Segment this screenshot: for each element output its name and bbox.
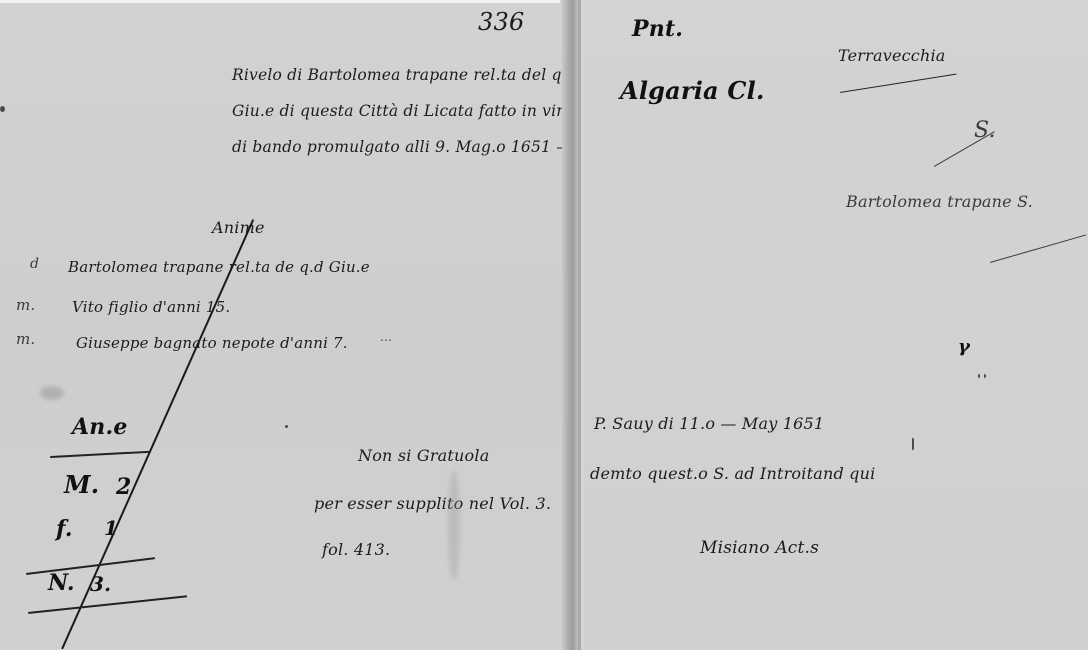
mark-s: S. bbox=[974, 118, 996, 143]
ink-speck bbox=[912, 438, 914, 450]
note-line-2: per esser supplito nel Vol. 3. bbox=[314, 494, 551, 513]
household-entry: Vito figlio d'anni 15. bbox=[72, 298, 230, 316]
note-line-3: fol. 413. bbox=[322, 540, 390, 559]
heading-line-1: Rivelo di Bartolomea trapane rel.ta del … bbox=[232, 66, 577, 84]
mark-small: γ bbox=[958, 336, 970, 357]
name-bartolomea-trapane: Bartolomea trapane S. bbox=[846, 192, 1033, 211]
ink-speck bbox=[0, 106, 5, 112]
ink-speck bbox=[978, 374, 980, 378]
scan-edge bbox=[0, 0, 560, 3]
household-marker: m. bbox=[16, 330, 35, 348]
document-spread: 336 Rivelo di Bartolomea trapane rel.ta … bbox=[0, 0, 1088, 650]
heading-line-2: Giu.e di questa Città di Licata fatto in… bbox=[232, 102, 581, 120]
tally-value: 1 bbox=[104, 516, 118, 540]
household-marker: m. bbox=[16, 296, 35, 314]
tally-rule bbox=[50, 451, 150, 458]
paper-smudge bbox=[40, 386, 64, 400]
tally-label: M. bbox=[64, 470, 99, 499]
heading-line-3: di bando promulgato alli 9. Mag.o 1651 — bbox=[232, 138, 572, 156]
anime-label: Anime bbox=[212, 218, 265, 237]
right-page: Pnt. Algaria Cl. Terravecchia S. Bartolo… bbox=[584, 0, 1088, 650]
signature-top-line-1: Pnt. bbox=[632, 16, 683, 42]
receipt-line-2: demto quest.o S. ad Introitand qui bbox=[590, 464, 875, 483]
receipt-line-1: P. Sauy di 11.o — May 1651 bbox=[594, 414, 824, 433]
paper-smudge bbox=[448, 470, 460, 580]
book-gutter bbox=[562, 0, 586, 650]
tally-value: 2 bbox=[116, 474, 132, 500]
tally-rule bbox=[28, 595, 187, 613]
household-entry: Giuseppe bagnato nepote d'anni 7. bbox=[76, 334, 348, 352]
receipt-signature: Misiano Act.s bbox=[700, 538, 819, 558]
household-entry: Bartolomea trapane rel.ta de q.d Giu.e bbox=[68, 258, 370, 276]
left-page: 336 Rivelo di Bartolomea trapane rel.ta … bbox=[0, 0, 570, 650]
mark-stroke bbox=[934, 131, 995, 167]
signature-top-line-2: Algaria Cl. bbox=[620, 76, 765, 105]
household-marker: d bbox=[30, 256, 39, 272]
flourish-stroke bbox=[990, 234, 1086, 263]
tally-label: f. bbox=[56, 516, 73, 542]
note-line-1: Non si Gratuola bbox=[358, 446, 489, 465]
tally-label: An.e bbox=[72, 414, 128, 440]
gutter-shadow bbox=[578, 0, 581, 650]
folio-number: 336 bbox=[478, 8, 524, 36]
ink-speck bbox=[984, 374, 986, 378]
tally-label: N. bbox=[48, 570, 75, 596]
ellipsis-mark: ... bbox=[380, 330, 392, 344]
tally-value: 3. bbox=[90, 572, 111, 596]
ink-speck bbox=[285, 425, 288, 428]
signature-underline bbox=[840, 74, 957, 94]
signature-terravecchia: Terravecchia bbox=[838, 46, 946, 65]
